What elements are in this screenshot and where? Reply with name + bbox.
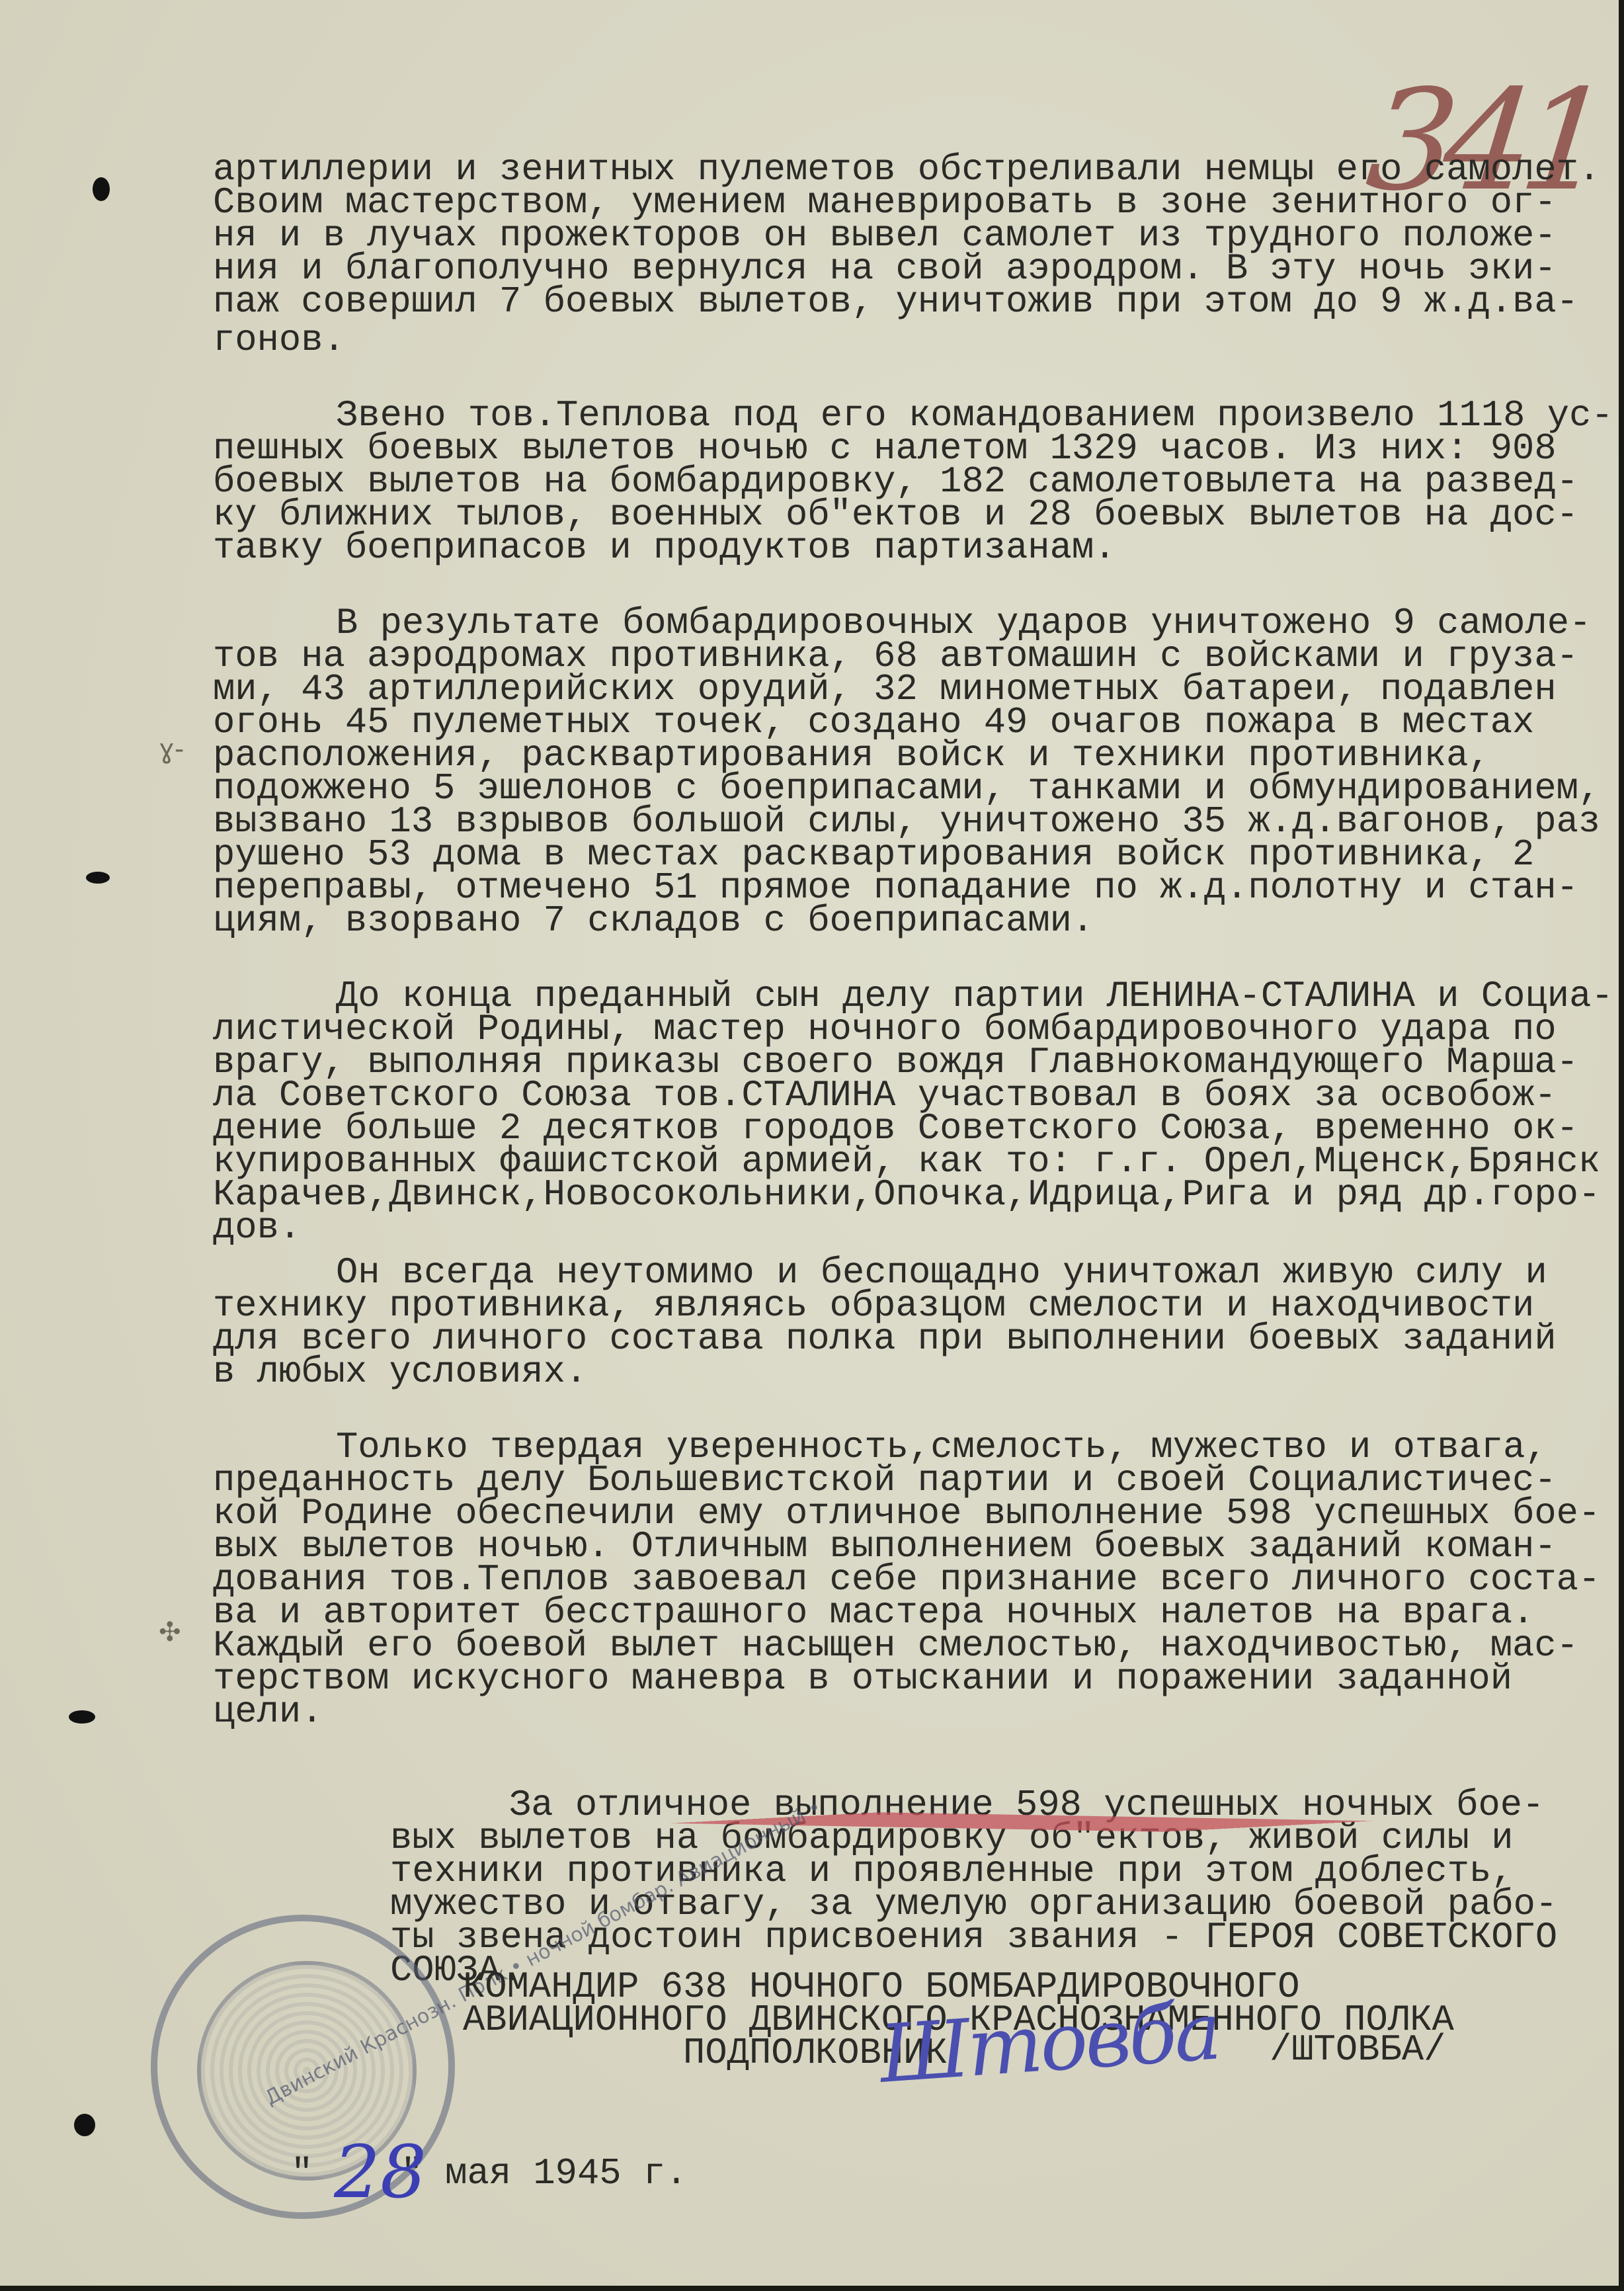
punch-hole: [93, 177, 110, 201]
text-line: тавку боеприпасов и продуктов партизанам…: [213, 532, 1615, 565]
paragraph-1: артиллерии и зенитных пулеметов обстрели…: [213, 153, 1615, 357]
margin-tick-mark: ɣ-: [159, 734, 184, 765]
paragraph-6: Только твердая уверенность,смелость, муж…: [213, 1431, 1615, 1729]
punch-hole: [86, 872, 110, 884]
text-line: терством искусного маневра в отыскании и…: [213, 1663, 1615, 1696]
text-line: паж совершил 7 боевых вылетов, уничтожив…: [213, 286, 1615, 319]
paragraph-4: До конца преданный сын делу партии ЛЕНИН…: [213, 980, 1615, 1245]
document-page: ɣ- ✣ 341 артиллерии и зенитных пулеметов…: [0, 0, 1624, 2291]
punch-hole: [69, 1710, 95, 1724]
text-line: гонов.: [213, 324, 1615, 357]
handwritten-date-day: 28: [334, 2130, 426, 2214]
document-body: артиллерии и зенитных пулеметов обстрели…: [213, 153, 1615, 1729]
paragraph-2: Звено тов.Теплова под его командованием …: [213, 399, 1615, 565]
text-line: Карачев,Двинск,Новосокольники,Опочка,Идр…: [213, 1179, 1615, 1212]
paragraph-3: В результате бомбардировочных ударов уни…: [213, 607, 1615, 938]
text-line: цели.: [213, 1696, 1615, 1729]
text-line: в любых условиях.: [213, 1356, 1615, 1389]
text-line: циям, взорвано 7 складов с боеприпасами.: [213, 905, 1615, 938]
paragraph-5: Он всегда неутомимо и беспощадно уничтож…: [213, 1257, 1615, 1389]
punch-hole: [74, 2114, 95, 2136]
text-line: дов.: [213, 1212, 1615, 1245]
signatory-name: /ШТОВБА/: [1270, 2029, 1445, 2071]
margin-tick-mark: ✣: [159, 1617, 181, 1647]
